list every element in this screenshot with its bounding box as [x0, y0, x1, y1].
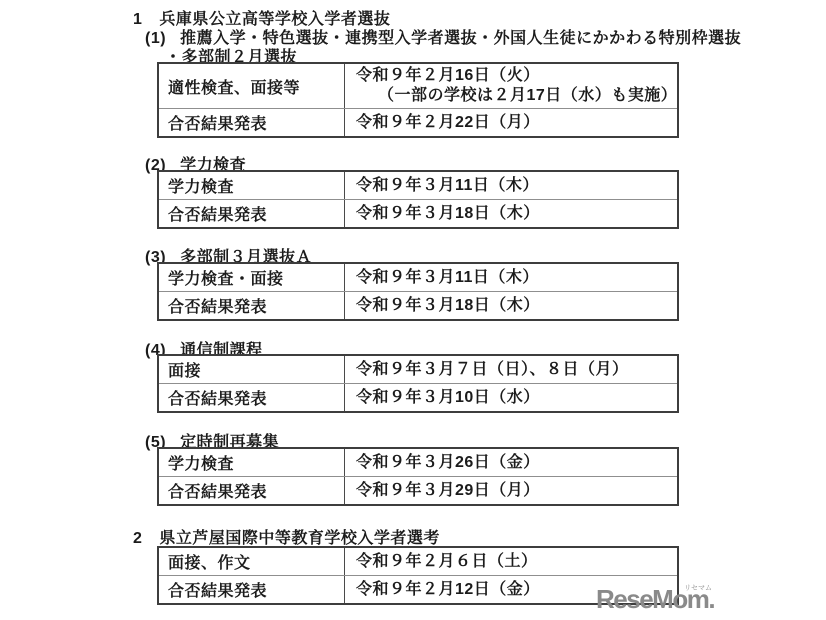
value-line-1: 令和９年３月29日（月）: [356, 481, 540, 501]
schedule-table-4: 面接 令和９年３月７日（日）、８日（月） 合否結果発表 令和９年３月10日（水）: [157, 354, 679, 413]
row-value-cell: 令和９年３月29日（月）: [345, 477, 677, 504]
schedule-table-2: 学力検査 令和９年３月11日（木） 合否結果発表 令和９年３月18日（木）: [157, 170, 679, 229]
row-label-cell: 学力検査: [159, 449, 345, 476]
section-2-number: 2: [133, 530, 142, 548]
row-value-cell: 令和９年３月10日（水）: [345, 384, 677, 411]
row-value-cell: 令和９年３月18日（木）: [345, 292, 677, 319]
table-row: 合否結果発表 令和９年３月18日（木）: [159, 199, 677, 227]
row-label-cell: 合否結果発表: [159, 109, 345, 136]
value-line-1: 令和９年３月11日（木）: [356, 176, 539, 196]
table-row: 学力検査・面接 令和９年３月11日（木）: [159, 264, 677, 291]
row-value-cell: 令和９年３月18日（木）: [345, 200, 677, 227]
value-line-1: 令和９年３月７日（日）、８日（月）: [356, 360, 629, 380]
value-line-1: 令和９年３月18日（木）: [356, 204, 540, 224]
resemom-logo: ReseMom. リセマム: [596, 582, 726, 618]
value-line-1: 令和９年３月18日（木）: [356, 296, 540, 316]
row-value-cell: 令和９年３月26日（金）: [345, 449, 677, 476]
row-value-cell: 令和９年２月16日（火） （一部の学校は２月17日（水）も実施）: [345, 64, 679, 108]
section-1-number: 1: [133, 11, 142, 29]
schedule-table-1: 適性検査、面接等 令和９年２月16日（火） （一部の学校は２月17日（水）も実施…: [157, 62, 679, 138]
row-value-cell: 令和９年３月11日（木）: [345, 172, 677, 199]
value-line-1: 令和９年３月11日（木）: [356, 268, 539, 288]
table-row: 学力検査 令和９年３月26日（金）: [159, 449, 677, 476]
table-row: 学力検査 令和９年３月11日（木）: [159, 172, 677, 199]
subsection-1-number: (1): [145, 30, 166, 48]
row-label-cell: 面接、作文: [159, 548, 345, 575]
row-label-cell: 面接: [159, 356, 345, 383]
schedule-table-3: 学力検査・面接 令和９年３月11日（木） 合否結果発表 令和９年３月18日（木）: [157, 262, 679, 321]
value-line-1: 令和９年２月22日（月）: [356, 113, 540, 133]
row-label-cell: 合否結果発表: [159, 200, 345, 227]
row-value-cell: 令和９年３月11日（木）: [345, 264, 677, 291]
row-label-cell: 合否結果発表: [159, 384, 345, 411]
resemom-logo-ruby: リセマム: [684, 583, 712, 593]
table-row: 合否結果発表 令和９年２月22日（月）: [159, 108, 677, 136]
value-line-1: 令和９年２月12日（金）: [356, 580, 540, 600]
table-row: 面接、作文 令和９年２月６日（土）: [159, 548, 677, 575]
document-page: 1兵庫県公立高等学校入学者選抜 (1)推薦入学・特色選抜・連携型入学者選抜・外国…: [0, 0, 826, 620]
table-row: 合否結果発表 令和９年３月10日（水）: [159, 383, 677, 411]
table-row: 合否結果発表 令和９年３月18日（木）: [159, 291, 677, 319]
table-row: 面接 令和９年３月７日（日）、８日（月）: [159, 356, 677, 383]
row-label-cell: 適性検査、面接等: [159, 64, 345, 108]
section-2-title: 県立芦屋国際中等教育学校入学者選考: [159, 530, 440, 547]
value-line-1: 令和９年３月10日（水）: [356, 388, 540, 408]
row-value-cell: 令和９年３月７日（日）、８日（月）: [345, 356, 677, 383]
schedule-table-5: 学力検査 令和９年３月26日（金） 合否結果発表 令和９年３月29日（月）: [157, 447, 679, 506]
row-label-cell: 合否結果発表: [159, 292, 345, 319]
value-line-1: 令和９年３月26日（金）: [356, 453, 540, 473]
row-value-cell: 令和９年２月22日（月）: [345, 109, 677, 136]
table-row: 合否結果発表 令和９年３月29日（月）: [159, 476, 677, 504]
row-label-cell: 合否結果発表: [159, 477, 345, 504]
value-line-1: 令和９年２月16日（火）: [356, 66, 540, 86]
row-label-cell: 合否結果発表: [159, 576, 345, 603]
table-row: 適性検査、面接等 令和９年２月16日（火） （一部の学校は２月17日（水）も実施…: [159, 64, 677, 108]
value-line-1: 令和９年２月６日（土）: [356, 552, 538, 572]
section-2-heading: 2県立芦屋国際中等教育学校入学者選考: [133, 525, 440, 548]
value-line-2: （一部の学校は２月17日（水）も実施）: [356, 86, 677, 106]
row-label-cell: 学力検査・面接: [159, 264, 345, 291]
row-label-cell: 学力検査: [159, 172, 345, 199]
row-value-cell: 令和９年２月６日（土）: [345, 548, 677, 575]
